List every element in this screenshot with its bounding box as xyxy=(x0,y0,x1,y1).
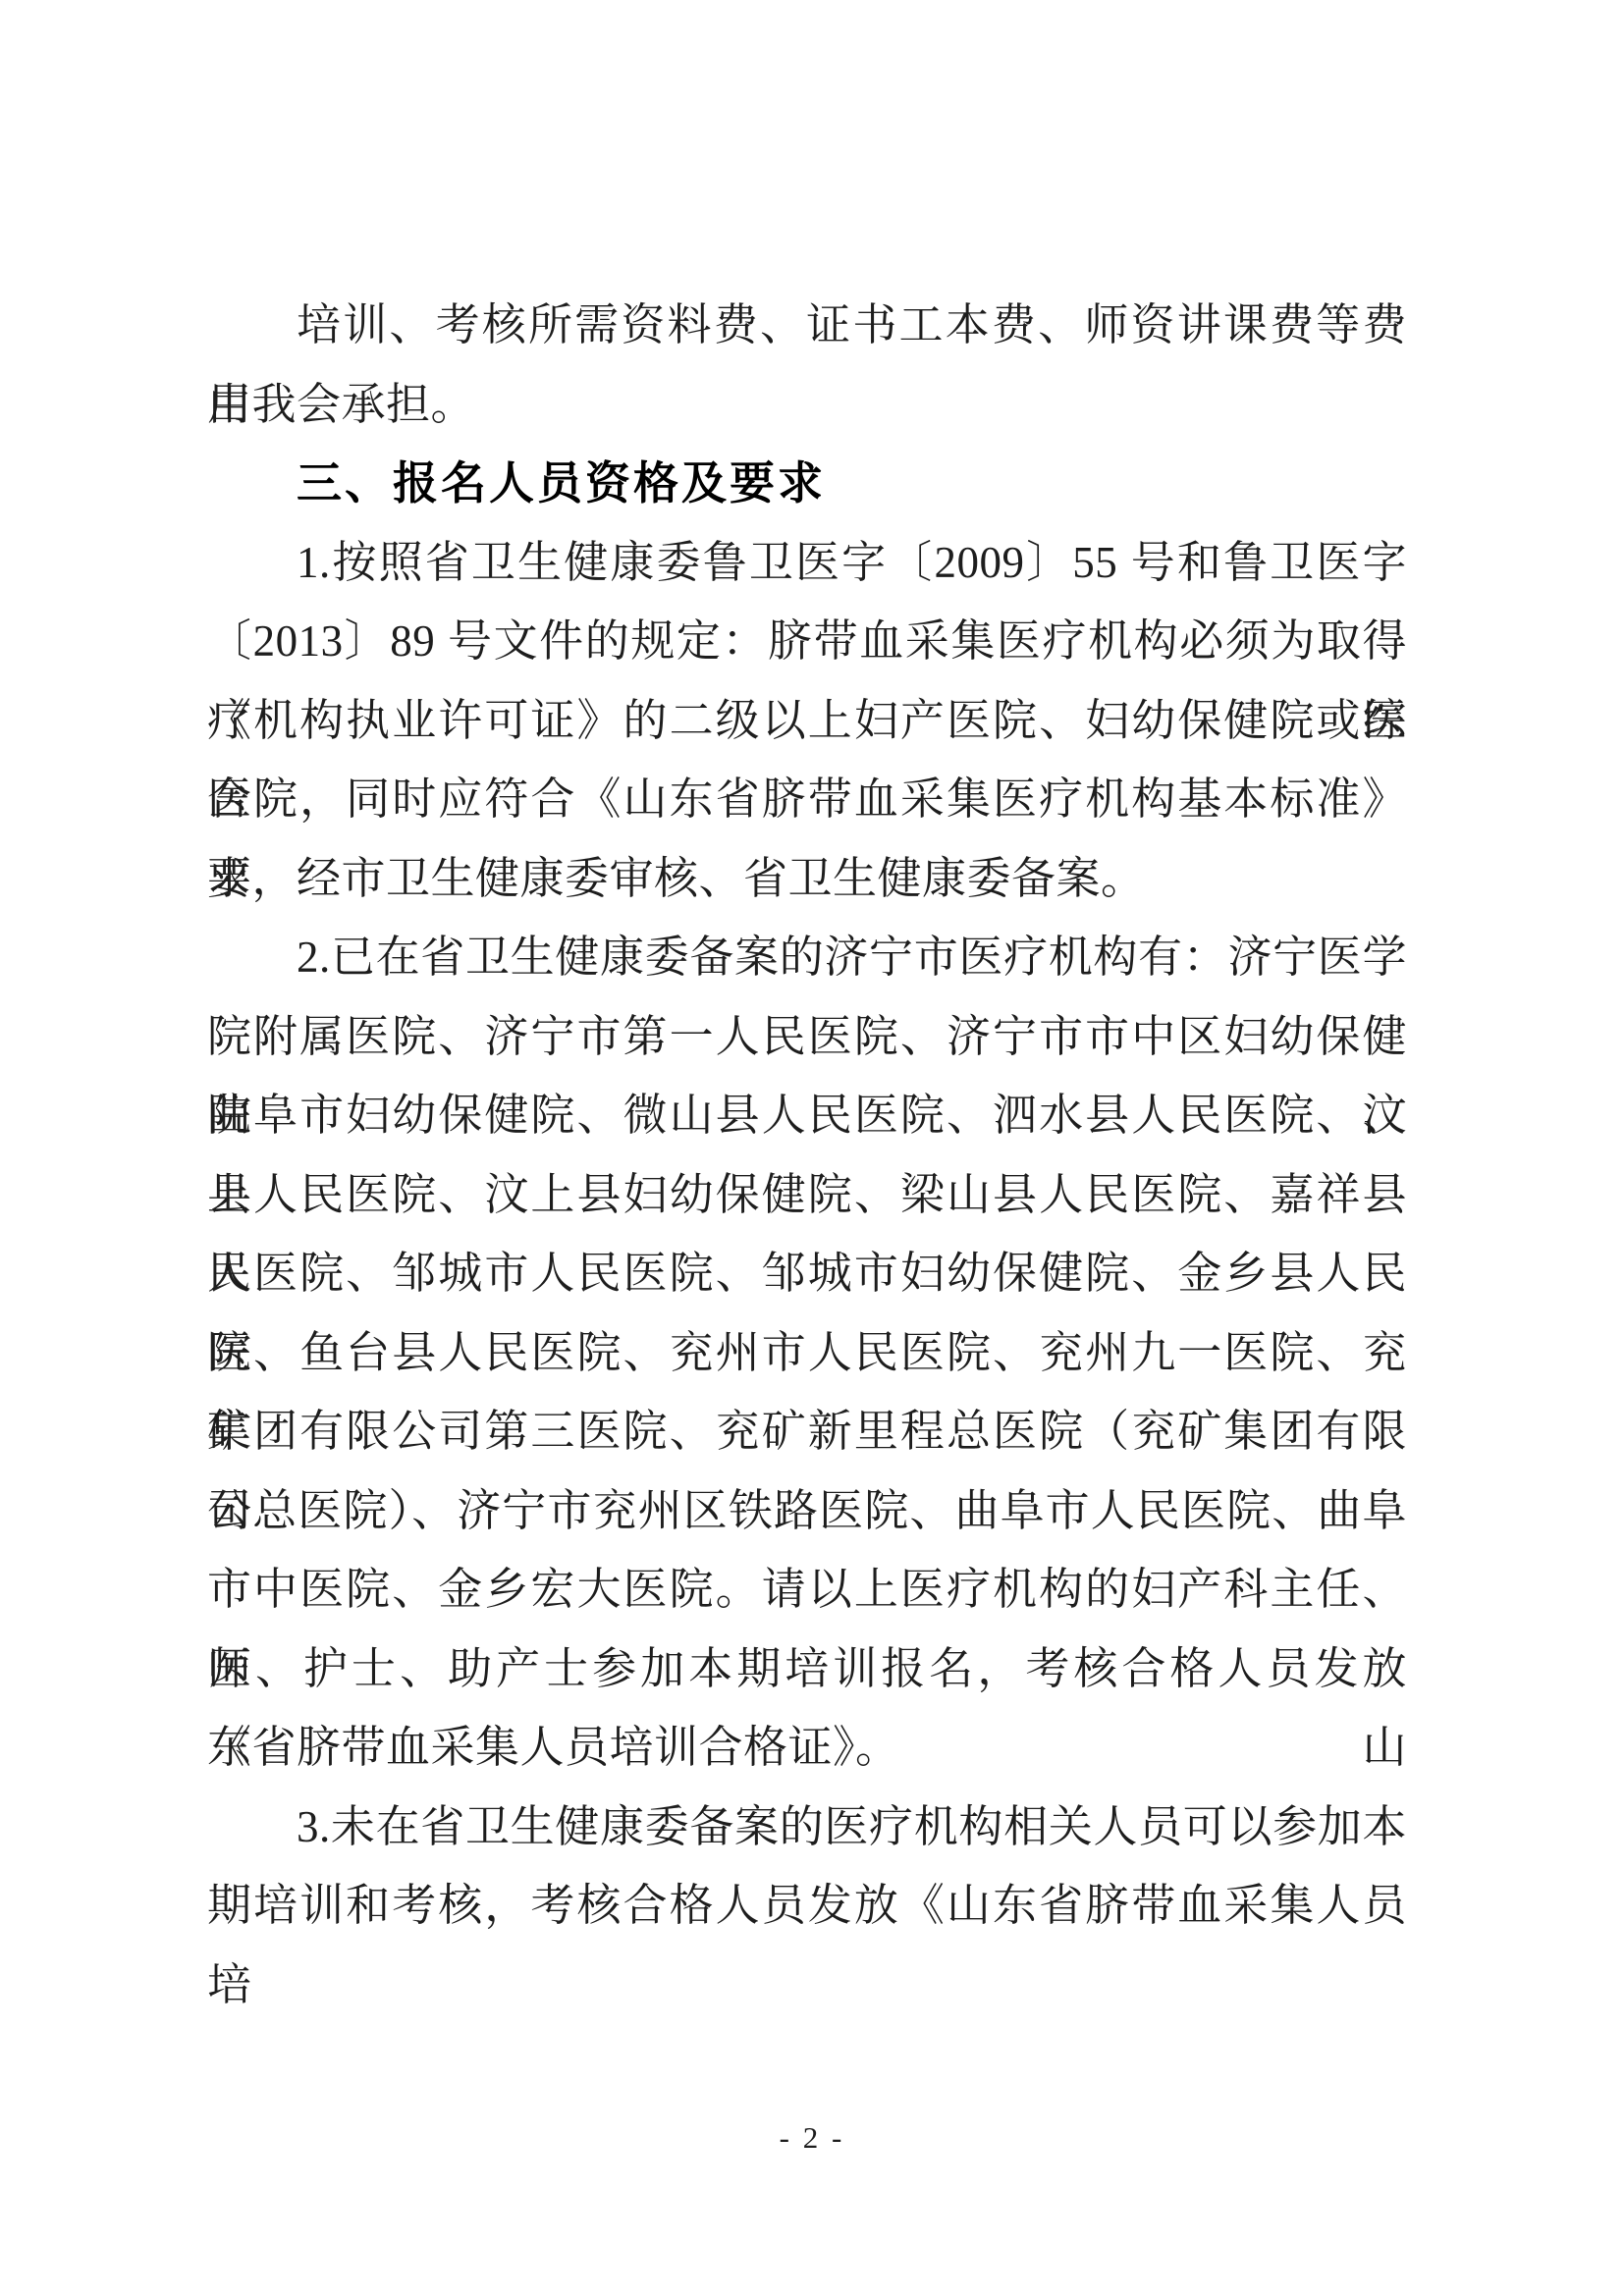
text-line: 求，经市卫生健康委审核、省卫生健康委备案。 xyxy=(207,839,1407,919)
text-line: 市中医院、金乡宏大医院。请以上医疗机构的妇产科主任、医 xyxy=(207,1550,1407,1629)
text-line: 2.已在省卫生健康委备案的济宁市医疗机构有：济宁医学 xyxy=(207,918,1407,997)
section-heading: 三、报名人员资格及要求 xyxy=(207,444,1407,523)
text-line: 曲阜市妇幼保健院、微山县人民医院、泗水县人民医院、汶上 xyxy=(207,1076,1407,1155)
text-line: 民医院、邹城市人民医院、邹城市妇幼保健院、金乡县人民医 xyxy=(207,1234,1407,1313)
text-line: 县人民医院、汶上县妇幼保健院、梁山县人民医院、嘉祥县人 xyxy=(207,1155,1407,1235)
text-line: 院附属医院、济宁市第一人民医院、济宁市市中区妇幼保健院、 xyxy=(207,997,1407,1077)
page-number: - 2 - xyxy=(780,2120,845,2155)
text-line: 由我会承担。 xyxy=(207,365,1407,445)
text-line: 疗机构执业许可证》的二级以上妇产医院、妇幼保健院或综合 xyxy=(207,681,1407,761)
text-line: 〔2013〕89 号文件的规定：脐带血采集医疗机构必须为取得《医 xyxy=(207,602,1407,681)
text-line: 期培训和考核，考核合格人员发放《山东省脐带血采集人员培 xyxy=(207,1866,1407,1946)
document-page: 培训、考核所需资料费、证书工本费、师资讲课费等费用由我会承担。三、报名人员资格及… xyxy=(0,0,1624,2296)
document-body: 培训、考核所需资料费、证书工本费、师资讲课费等费用由我会承担。三、报名人员资格及… xyxy=(207,286,1407,1946)
text-line: 集团有限公司第三医院、兖矿新里程总医院（兖矿集团有限公 xyxy=(207,1392,1407,1471)
text-line: 司总医院）、济宁市兖州区铁路医院、曲阜市人民医院、曲阜 xyxy=(207,1471,1407,1551)
text-line: 1.按照省卫生健康委鲁卫医字〔2009〕55 号和鲁卫医字 xyxy=(207,523,1407,603)
text-line: 3.未在省卫生健康委备案的医疗机构相关人员可以参加本 xyxy=(207,1788,1407,1867)
text-line: 师、护士、助产士参加本期培训报名，考核合格人员发放《山 xyxy=(207,1629,1407,1709)
text-line: 医院，同时应符合《山东省脐带血采集医疗机构基本标准》要 xyxy=(207,760,1407,839)
text-line: 培训、考核所需资料费、证书工本费、师资讲课费等费用 xyxy=(207,286,1407,365)
text-line: 院、鱼台县人民医院、兖州市人民医院、兖州九一医院、兖矿 xyxy=(207,1313,1407,1393)
page-footer: - 2 - xyxy=(0,2120,1624,2156)
